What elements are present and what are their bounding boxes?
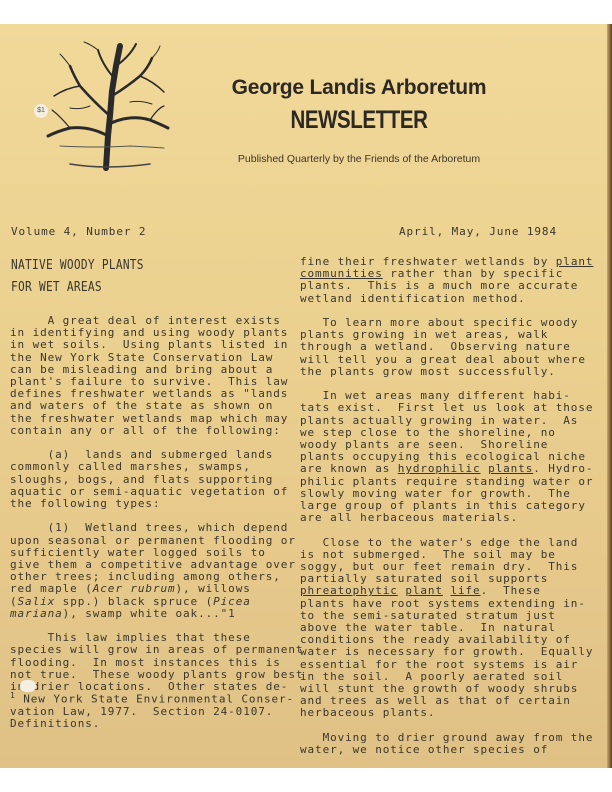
paragraph: Moving to drier ground away from the wat… <box>300 732 593 756</box>
article-left-column: A great deal of interest exists in ident… <box>10 315 303 705</box>
paragraph: Close to the water's edge the land is no… <box>300 537 593 720</box>
paragraph: (a) lands and submerged lands commonly c… <box>10 449 303 510</box>
masthead-newsletter: NEWSLETTER <box>229 106 490 135</box>
tape-mark <box>20 680 36 692</box>
paragraph: (1) Wetland trees, which depend upon sea… <box>10 522 303 620</box>
page-edge <box>607 24 612 768</box>
paragraph: A great deal of interest exists in ident… <box>10 315 303 437</box>
paragraph: In wet areas many different habi- tats e… <box>300 390 593 524</box>
masthead-subtitle: Published Quarterly by the Friends of th… <box>200 153 518 165</box>
tree-logo-icon <box>40 36 172 176</box>
paragraph: This law implies that these species will… <box>10 632 303 693</box>
article-heading-line1: NATIVE WOODY PLANTS <box>11 258 144 273</box>
paragraph: fine their freshwater wetlands by plant … <box>300 256 593 305</box>
issue-volume: Volume 4, Number 2 <box>11 226 146 238</box>
footnote: 1 New York State Environmental Conser- v… <box>10 690 294 730</box>
article-heading-line2: FOR WET AREAS <box>11 280 102 295</box>
price-tag: $1 <box>34 104 48 118</box>
paragraph: To learn more about specific woody plant… <box>300 317 593 378</box>
issue-date: April, May, June 1984 <box>399 226 557 238</box>
masthead-title: George Landis Arboretum <box>200 76 518 100</box>
article-right-column: fine their freshwater wetlands by plant … <box>300 256 593 768</box>
